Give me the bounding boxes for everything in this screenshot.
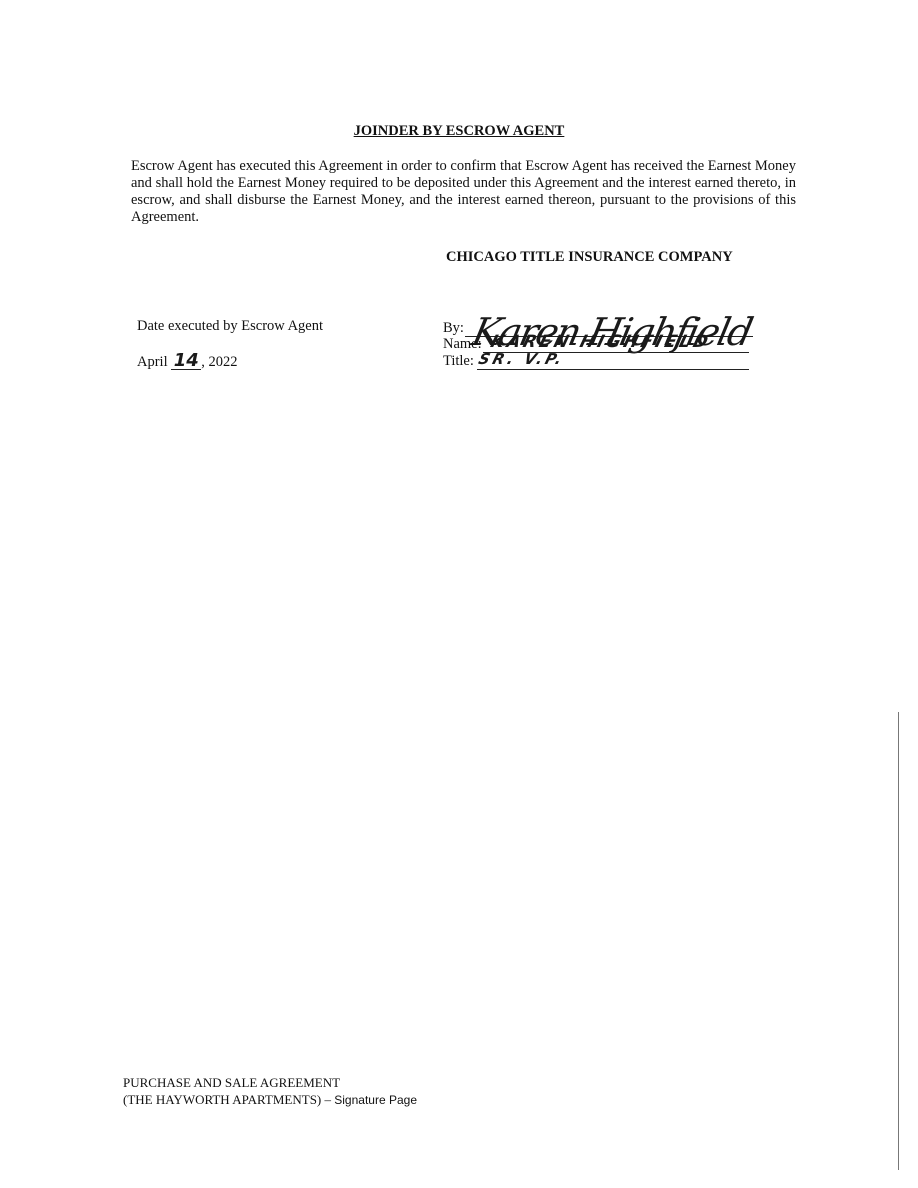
title-label: Title: — [443, 353, 474, 370]
joinder-paragraph: Escrow Agent has executed this Agreement… — [131, 158, 796, 226]
signature-block: By: Karen Highfield Name: KAREN HIGHFIEL… — [443, 280, 773, 380]
company-name: CHICAGO TITLE INSURANCE COMPANY — [446, 249, 733, 266]
page-footer: PURCHASE AND SALE AGREEMENT (THE HAYWORT… — [123, 1074, 417, 1109]
footer-page-label: Signature Page — [334, 1093, 417, 1107]
scan-edge-line — [898, 712, 899, 1170]
by-label: By: — [443, 320, 464, 337]
footer-line-2: (THE HAYWORTH APARTMENTS) – Signature Pa… — [123, 1091, 417, 1109]
handwritten-title: SR. V.P. — [477, 350, 567, 368]
date-executed: April 14, 2022 — [137, 353, 237, 371]
name-label: Name: — [443, 336, 482, 353]
date-label: Date executed by Escrow Agent — [137, 318, 323, 335]
handwritten-name: KAREN HIGHFIELD — [488, 332, 713, 352]
date-day-handwritten: 14 — [171, 353, 201, 370]
footer-doc-name: (THE HAYWORTH APARTMENTS) – — [123, 1092, 334, 1107]
footer-line-1: PURCHASE AND SALE AGREEMENT — [123, 1074, 417, 1091]
joinder-heading: JOINDER BY ESCROW AGENT — [0, 123, 918, 140]
date-month: April — [137, 354, 168, 370]
date-year: , 2022 — [201, 354, 237, 370]
title-line — [477, 369, 749, 370]
